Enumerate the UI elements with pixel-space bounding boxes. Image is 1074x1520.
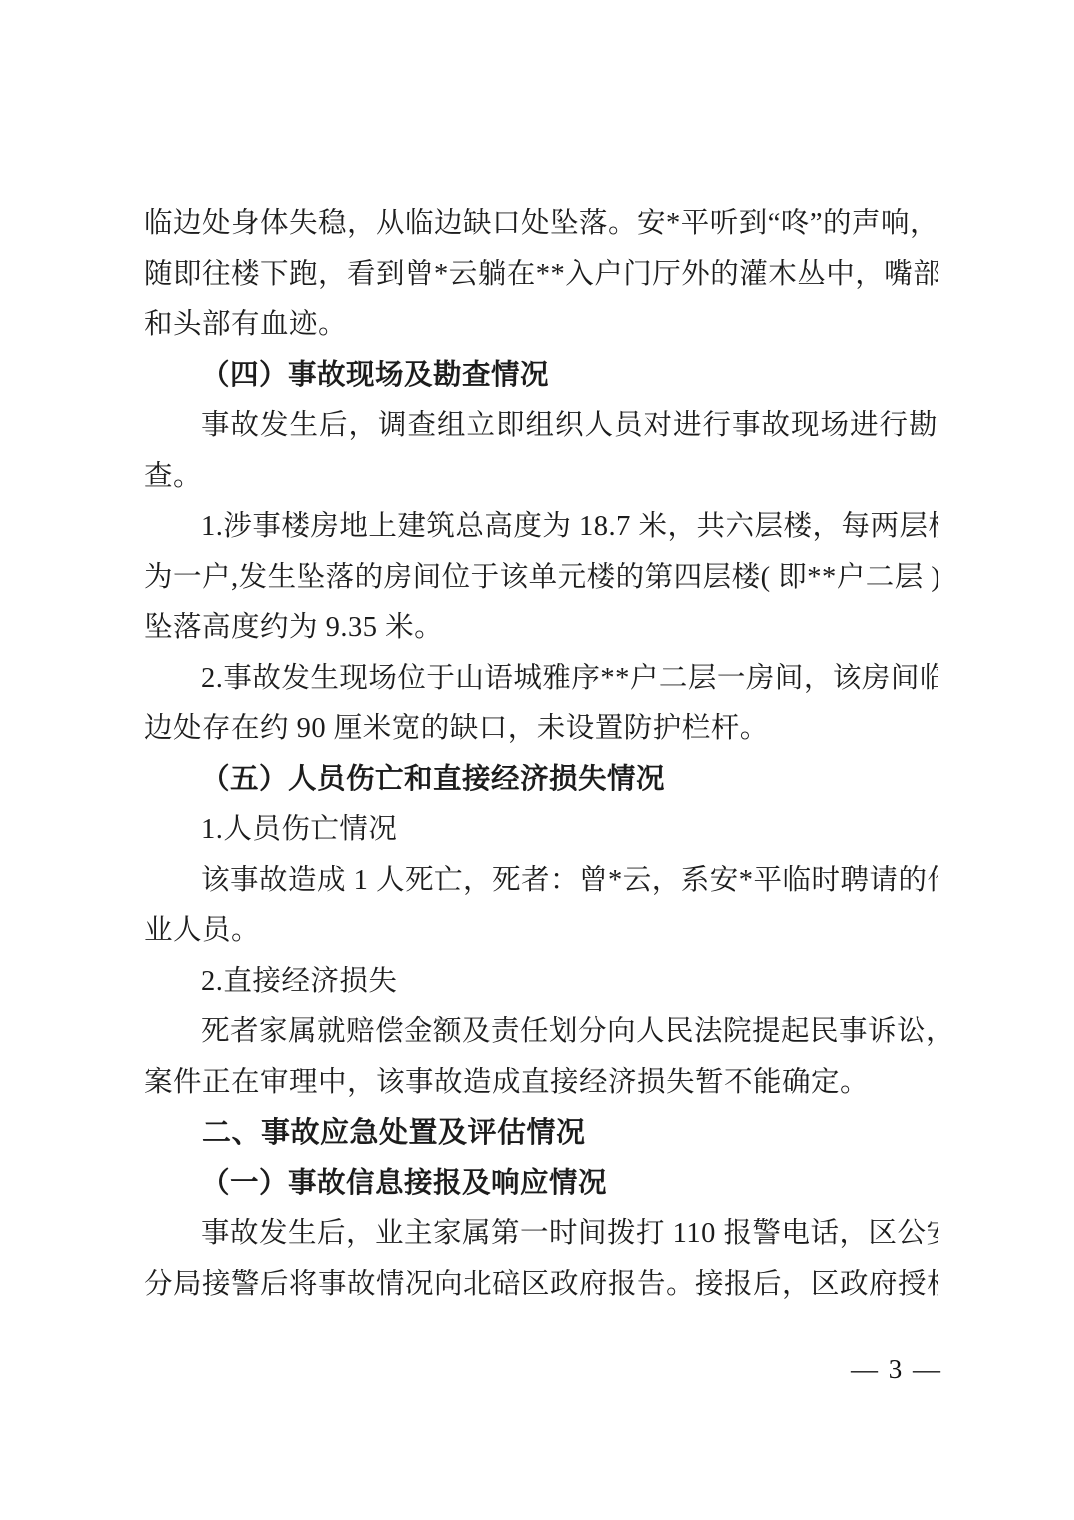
heading-section-five: （五）人员伤亡和直接经济损失情况 [144,755,938,806]
paragraph-line: 为一户,发生坠落的房间位于该单元楼的第四层楼( 即**户二层 ), [144,553,938,604]
paragraph-line: 该事故造成 1 人死亡，死者：曾*云，系安*平临时聘请的作 [144,856,938,907]
paragraph-line: 2.事故发生现场位于山语城雅序**户二层一房间，该房间临 [144,654,938,705]
paragraph-line: 临边处身体失稳，从临边缺口处坠落。安*平听到“咚”的声响， [144,199,938,250]
paragraph-line: 业人员。 [144,906,938,957]
paragraph-line: 查。 [144,452,938,503]
paragraph-line: 案件正在审理中，该事故造成直接经济损失暂不能确定。 [144,1058,938,1109]
paragraph-line: 1.涉事楼房地上建筑总高度为 18.7 米，共六层楼，每两层楼 [144,502,938,553]
paragraph-line: 1.人员伤亡情况 [144,805,938,856]
paragraph-line: 死者家属就赔偿金额及责任划分向人民法院提起民事诉讼， [144,1007,938,1058]
paragraph-line: 事故发生后，业主家属第一时间拨打 110 报警电话，区公安 [144,1209,938,1260]
paragraph-line: 和头部有血迹。 [144,300,938,351]
heading-section-one: （一）事故信息接报及响应情况 [144,1159,938,1210]
paragraph-line: 分局接警后将事故情况向北碚区政府报告。接报后，区政府授权 [144,1260,938,1311]
heading-chapter-two: 二、事故应急处置及评估情况 [144,1108,938,1159]
heading-section-four: （四）事故现场及勘查情况 [144,351,938,402]
document-body: 临边处身体失稳，从临边缺口处坠落。安*平听到“咚”的声响， 随即往楼下跑，看到曾… [144,199,938,1310]
document-page: 临边处身体失稳，从临边缺口处坠落。安*平听到“咚”的声响， 随即往楼下跑，看到曾… [0,0,1074,1520]
paragraph-line: 坠落高度约为 9.35 米。 [144,603,938,654]
paragraph-line: 2.直接经济损失 [144,957,938,1008]
paragraph-line: 边处存在约 90 厘米宽的缺口，未设置防护栏杆。 [144,704,938,755]
paragraph-line: 随即往楼下跑，看到曾*云躺在**入户门厅外的灌木丛中，嘴部 [144,250,938,301]
page-number: — 3 — [851,1352,942,1386]
paragraph-line: 事故发生后，调查组立即组织人员对进行事故现场进行勘 [144,401,938,452]
